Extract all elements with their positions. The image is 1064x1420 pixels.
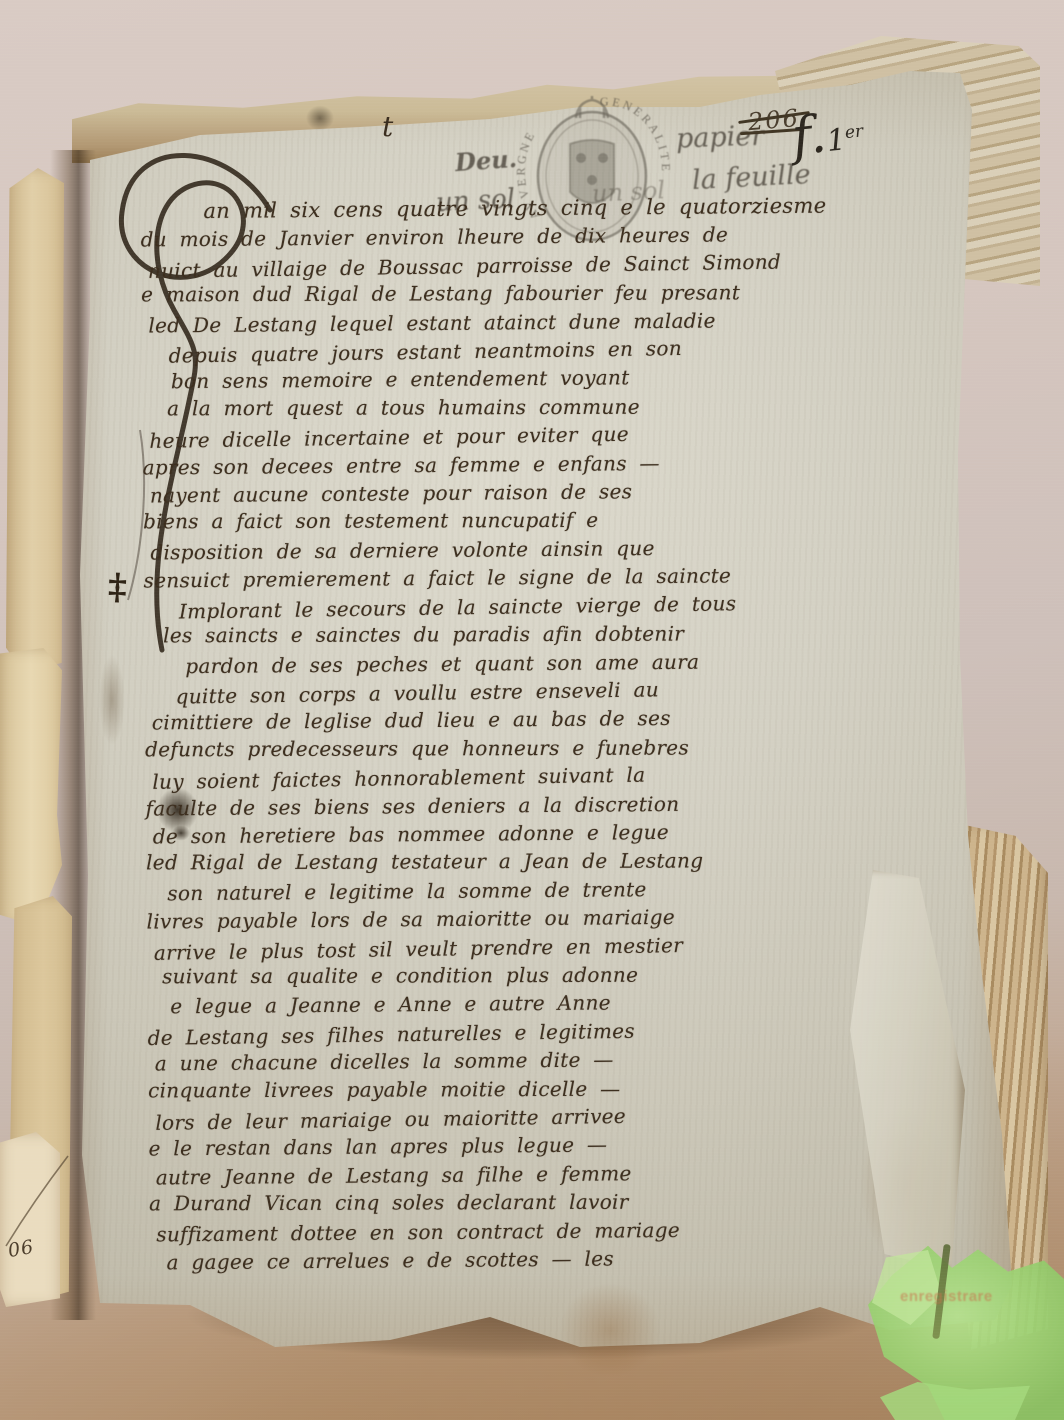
stamp-legend-line: la feuille <box>691 159 811 196</box>
manuscript-line: a gagee ce arrelues e de scottes — les <box>146 1241 958 1276</box>
folio-mark: f.1er <box>789 100 866 167</box>
stamp-legend-line: Deu. <box>454 144 518 177</box>
manuscript-line: les saincts e sainctes du paradis afin d… <box>141 619 953 650</box>
fragment-page-number: 06 <box>6 1236 36 1262</box>
torn-spine-strip <box>6 168 64 673</box>
manuscript-line: a Durand Vican cinq soles declarant lavo… <box>146 1187 958 1218</box>
manuscript-line: e maison dud Rigal de Lestang fabourier … <box>138 278 950 309</box>
photo-scene: 06 AVVERGNE GENERALITE Deu. un sol un so… <box>0 0 1064 1420</box>
margin-cross: ‡ <box>107 566 127 609</box>
watermark-text: enregistrare <box>900 1288 1060 1305</box>
small-pen-mark: t <box>382 110 393 143</box>
torn-spine-strip <box>0 648 62 926</box>
paper-stain <box>540 1265 680 1395</box>
manuscript-line: suivant sa qualite e condition plus adon… <box>144 960 956 991</box>
manuscript-line: biens a faict son testement nuncupatif e <box>140 505 952 536</box>
manuscript-line: led Rigal de Lestang testateur a Jean de… <box>143 846 955 877</box>
manuscript-text: an mil six cens quatre vingts cinq e le … <box>137 190 958 1282</box>
